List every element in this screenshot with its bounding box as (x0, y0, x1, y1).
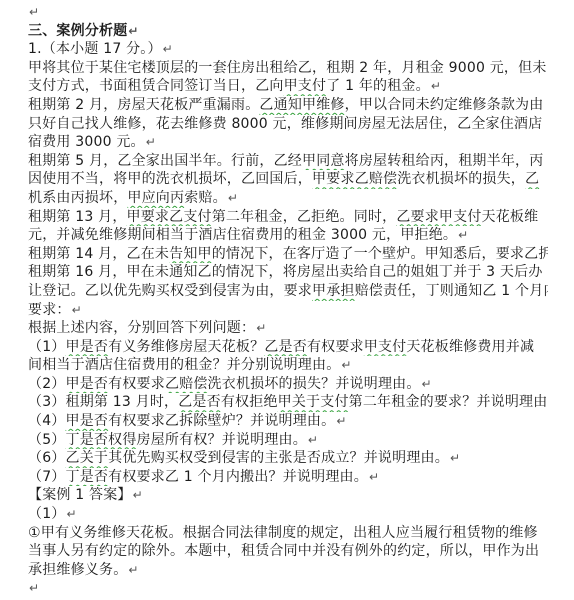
grammar-flagged-text: 甲关于支付 (278, 394, 349, 410)
text-run: 只好自己找人维修，花去维修费 8000 元，维修期间房屋无法居住，乙全家住酒店 … (28, 116, 548, 134)
text-run: 了 1 年的租金。 (326, 78, 430, 94)
text-line: 当事人另有约定的除外。本题中，租赁合同中并没有例外的约定，所以，甲作为出租人应当 (28, 542, 548, 561)
text-run: 其优先购买权受到侵害的主张是否成立？并说明理由。 (108, 450, 449, 466)
text-run: （4） (28, 413, 66, 429)
text-line: 要求：↵ (28, 301, 548, 320)
grammar-flagged-text: 乙赔偿 (165, 376, 208, 392)
text-line: 承担维修义务。↵ (28, 561, 548, 580)
text-run: 租期第 13 月， (28, 209, 127, 225)
text-run: 租期第 16 月，甲在未通知乙的情况下，将房屋出卖给自己的姐姐丁并于 3 天后办… (28, 264, 548, 282)
text-line: （1）↵ (28, 505, 548, 524)
grammar-flagged-text: 甲支付 (364, 339, 407, 355)
text-line: （3）租期第 13 月时，乙是否有权拒绝甲关于支付第二年租金的要求？并说明理由。… (28, 393, 548, 412)
text-line: （4）甲是否有权要求乙拆除壁炉？并说明理由。↵ (28, 412, 548, 431)
text-run: 第二年租金，乙拒绝。同时， (212, 209, 397, 225)
text-run: 租期第 2 月，房屋天花板严重漏雨。 (28, 97, 259, 113)
text-run: （3）租期第 13 月时， (28, 394, 178, 410)
paragraph-mark-icon: ↵ (163, 42, 173, 56)
text-run: 承担维修义务。 (28, 562, 127, 578)
paragraph-mark-icon: ↵ (72, 303, 82, 317)
grammar-flagged-text: 甲是否 (66, 413, 109, 429)
text-run: （1） (28, 339, 66, 355)
text-run: 间相当于酒店住宿费用的租金？并分别说明理由。 (28, 357, 340, 373)
text-line: 支付方式，书面租赁合同签订当日，乙向甲支付了 1 年的租金。↵ (28, 77, 548, 96)
paragraph-mark-icon: ↵ (422, 377, 432, 391)
text-run: 1.（本小题 17 分。） (28, 41, 162, 57)
text-run: 三、案例分析题 (28, 23, 127, 39)
text-run: 有权拒绝 (221, 394, 278, 410)
text-line: 【案例 1 答案】↵ (28, 486, 548, 505)
text-line: 间相当于酒店住宿费用的租金？并分别说明理由。↵ (28, 356, 548, 375)
paragraph-mark-icon: ↵ (336, 414, 346, 428)
grammar-flagged-text: 乙是否 (264, 339, 307, 355)
grammar-flagged-text: 甲是否 (66, 339, 109, 355)
text-line: 租期第 5 月，乙全家出国半年。行前，乙经甲同意将房屋转租给丙，租期半年，丙租住… (28, 152, 548, 171)
text-line: 租期第 2 月，房屋天花板严重漏雨。乙通知甲维修，甲以合同未约定维修条款为由拒绝… (28, 96, 548, 115)
text-run: （5） (28, 432, 66, 448)
text-line: （5）丁是否权得房屋所有权？并说明理由。↵ (28, 431, 548, 450)
text-run: 的情况下，在客厅造了一个壁炉。甲知悉后，要求乙拆除。 (212, 246, 548, 262)
text-run: （2） (28, 376, 66, 392)
text-run: 赔偿责任，丁则通知乙 1 个月内搬出。 (355, 283, 548, 299)
grammar-flagged-text: 丁是否 (66, 469, 109, 485)
grammar-flagged-text: 甲支付 (284, 78, 327, 94)
paragraph-mark-icon: ↵ (29, 581, 39, 595)
text-line: 1.（本小题 17 分。）↵ (28, 40, 548, 59)
text-run: 租期第 14 月，乙在未 (28, 246, 169, 262)
text-run: 宿费用 3000 元。 (28, 134, 145, 150)
text-run: 有权要求乙拆除壁炉？并说明理由。 (108, 413, 335, 429)
paragraph-mark-icon: ↵ (128, 24, 138, 38)
text-line: 只好自己找人维修，花去维修费 8000 元，维修期间房屋无法居住，乙全家住酒店 … (28, 115, 548, 134)
text-run: 洗衣机损坏的损失， (397, 171, 525, 187)
text-line: （1）甲是否有义务维修房屋天花板？乙是否有权要求甲支付天花板维修费用并减免维修期 (28, 338, 548, 357)
grammar-flagged-text: 乙通知甲维修 (259, 97, 344, 113)
text-line: （2）甲是否有权要求乙赔偿洗衣机损坏的损失？并说明理由。↵ (28, 375, 548, 394)
text-run: 因使用不当，将甲的洗衣机损坏，乙回国后， (28, 171, 312, 187)
paragraph-mark-icon: ↵ (458, 228, 468, 242)
text-line: 甲将其位于某住宅楼顶层的一套住房出租给乙，租期 2 年，月租金 9000 元，但… (28, 59, 548, 78)
grammar-flagged-text: 甲要求乙支付 (127, 209, 212, 225)
text-line: 三、案例分析题↵ (28, 22, 548, 41)
paragraph-mark-icon: ↵ (431, 79, 441, 93)
paragraph-mark-icon: ↵ (146, 135, 156, 149)
paragraph-mark-icon: ↵ (450, 451, 460, 465)
text-run: 甲将其位于某住宅楼顶层的一套住房出租给乙，租期 2 年，月租金 9000 元，但… (28, 60, 548, 78)
grammar-flagged-text: 甲应向丙 (127, 190, 184, 206)
text-line: （7）丁是否有权要求乙 1 个月内搬出？并说明理由。↵ (28, 468, 548, 487)
text-line: ↵ (28, 579, 548, 598)
paragraph-mark-icon: ↵ (369, 470, 379, 484)
text-line: ①甲有义务维修天花板。根据合同法律制度的规定，出租人应当履行租赁物的维修义务，但 (28, 524, 548, 543)
document-body: ↵三、案例分析题↵1.（本小题 17 分。）↵甲将其位于某住宅楼顶层的一套住房出… (28, 3, 548, 598)
text-line: ↵ (28, 3, 548, 22)
grammar-flagged-text: 甲承担 (312, 283, 355, 299)
paragraph-mark-icon: ↵ (133, 488, 143, 502)
text-run: 洗衣机损坏的损失？并说明理由。 (208, 376, 421, 392)
text-run: 支付方式，书面租赁合同签订当日，乙向 (28, 78, 284, 94)
text-line: 机系由丙损坏，甲应向丙索赔。↵ (28, 189, 548, 208)
text-line: 租期第 13 月，甲要求乙支付第二年租金，乙拒绝。同时，乙要求甲支付天花板维修费… (28, 208, 548, 227)
text-run: 机系由丙损坏， (28, 190, 127, 206)
text-line: 让登记。乙以优先购买权受到侵害为由，要求甲承担赔偿责任，丁则通知乙 1 个月内搬… (28, 282, 548, 301)
text-line: 因使用不当，将甲的洗衣机损坏，乙回国后，甲要求乙赔偿洗衣机损坏的损失，乙提出洗衣 (28, 170, 548, 189)
paragraph-mark-icon: ↵ (29, 5, 39, 19)
text-line: 根据上述内容，分别回答下列问题：↵ (28, 319, 548, 338)
text-run: 让登记。乙以优先购买权受到侵害为由，要求 (28, 283, 312, 299)
paragraph-mark-icon: ↵ (308, 433, 318, 447)
paragraph-mark-icon: ↵ (228, 191, 238, 205)
grammar-flagged-text: 甲同意 (302, 153, 345, 169)
grammar-flagged-text: 乙关于 (66, 450, 109, 466)
text-run: 【案例 1 答案】 (28, 487, 132, 503)
grammar-flagged-text: 告知甲 (169, 246, 212, 262)
paragraph-mark-icon: ↵ (341, 358, 351, 372)
text-run: 根据上述内容，分别回答下列问题： (28, 320, 255, 336)
paragraph-mark-icon: ↵ (128, 563, 138, 577)
text-line: 租期第 16 月，甲在未通知乙的情况下，将房屋出卖给自己的姐姐丁并于 3 天后办… (28, 263, 548, 282)
text-run: ①甲有义务维修天花板。根据合同法律制度的规定，出租人应当履行租赁物的维修义务，但 (28, 525, 548, 543)
grammar-flagged-text: 乙是否 (178, 394, 221, 410)
text-run: 索赔。 (184, 190, 227, 206)
text-run: 有义务维修房屋天花板？ (108, 339, 264, 355)
grammar-flagged-text: 丁是否权得 (66, 432, 137, 448)
text-line: 宿费用 3000 元。↵ (28, 133, 548, 152)
text-run: 元，并减免维修期间相当于酒店住宿费用的租金 3000 元，甲拒绝。 (28, 227, 457, 243)
paragraph-mark-icon: ↵ (256, 321, 266, 335)
document-page: ↵三、案例分析题↵1.（本小题 17 分。）↵甲将其位于某住宅楼顶层的一套住房出… (0, 0, 574, 600)
text-run: 第二年租金的要求？并说明理由。 (349, 394, 548, 410)
text-line: （6）乙关于其优先购买权受到侵害的主张是否成立？并说明理由。↵ (28, 449, 548, 468)
text-run: 有权要求 (108, 376, 165, 392)
text-line: 租期第 14 月，乙在未告知甲的情况下，在客厅造了一个壁炉。甲知悉后，要求乙拆除… (28, 245, 548, 264)
text-run: （7） (28, 469, 66, 485)
text-run: 要求： (28, 302, 71, 318)
paragraph-mark-icon: ↵ (67, 507, 77, 521)
text-run: 当事人另有约定的除外。本题中，租赁合同中并没有例外的约定，所以，甲作为出租人应当 (28, 543, 548, 561)
grammar-flagged-text: 甲是否 (66, 376, 109, 392)
text-run: 房屋所有权？并说明理由。 (137, 432, 307, 448)
text-run: 有权要求 (307, 339, 364, 355)
text-run: 租期第 5 月，乙全家出国半年。行前，乙经 (28, 153, 302, 169)
text-run: （6） (28, 450, 66, 466)
text-run: 有权要求乙 1 个月内搬出？并说明理由。 (108, 469, 368, 485)
text-run: （1） (28, 506, 66, 522)
grammar-flagged-text: 甲要求乙赔偿 (312, 171, 397, 187)
grammar-flagged-text: 乙要求甲支付 (396, 209, 481, 225)
text-line: 元，并减免维修期间相当于酒店住宿费用的租金 3000 元，甲拒绝。↵ (28, 226, 548, 245)
